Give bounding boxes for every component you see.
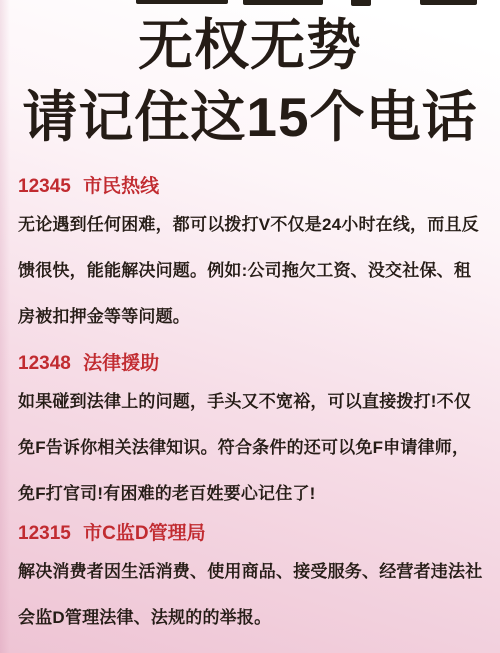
section-header: 12348 法律援助	[18, 349, 484, 379]
title-line-1: 无权无势	[0, 9, 500, 81]
hotline-number: 12315	[18, 523, 71, 544]
section-12345-citizen-hotline: 12345 市民热线 无论遇到任何困难，都可以拨打V不仅是24小时在线，而且反馈…	[18, 172, 484, 340]
section-header: 12315 市C监D管理局	[18, 519, 484, 549]
hotline-number: 12348	[18, 353, 71, 374]
section-header: 12345 市民热线	[18, 172, 484, 202]
section-body: 无论遇到任何困难，都可以拨打V不仅是24小时在线，而且反馈很快，能能解决问题。例…	[18, 202, 484, 340]
sections-list: 12345 市民热线 无论遇到任何困难，都可以拨打V不仅是24小时在线，而且反馈…	[0, 172, 500, 641]
section-body: 如果碰到法律上的问题，手头又不宽裕，可以直接拨打!不仅免F告诉你相关法律知识。符…	[18, 379, 484, 517]
section-12348-legal-aid: 12348 法律援助 如果碰到法律上的问题，手头又不宽裕，可以直接拨打!不仅免F…	[18, 349, 484, 517]
section-12315-market-regulation: 12315 市C监D管理局 解决消费者因生活消费、使用商品、接受服务、经营者违法…	[18, 519, 484, 641]
cropped-text-fragment	[420, 0, 477, 5]
cropped-text-fragment	[243, 0, 323, 5]
title-line-2: 请记住这15个电话	[0, 81, 500, 153]
hotline-name: 法律援助	[83, 353, 159, 374]
page-title: 无权无势 请记住这15个电话	[0, 0, 500, 153]
hotline-name: 市C监D管理局	[83, 523, 205, 544]
cropped-text-fragment	[351, 0, 371, 6]
hotline-number: 12345	[18, 176, 71, 197]
hotline-name: 市民热线	[83, 176, 159, 197]
section-body: 解决消费者因生活消费、使用商品、接受服务、经营者违法社会监D管理法律、法规的的举…	[18, 549, 484, 641]
cropped-text-fragment	[136, 0, 228, 4]
hotline-infographic-page: 无权无势 请记住这15个电话 12345 市民热线 无论遇到任何困难，都可以拨打…	[0, 0, 500, 653]
